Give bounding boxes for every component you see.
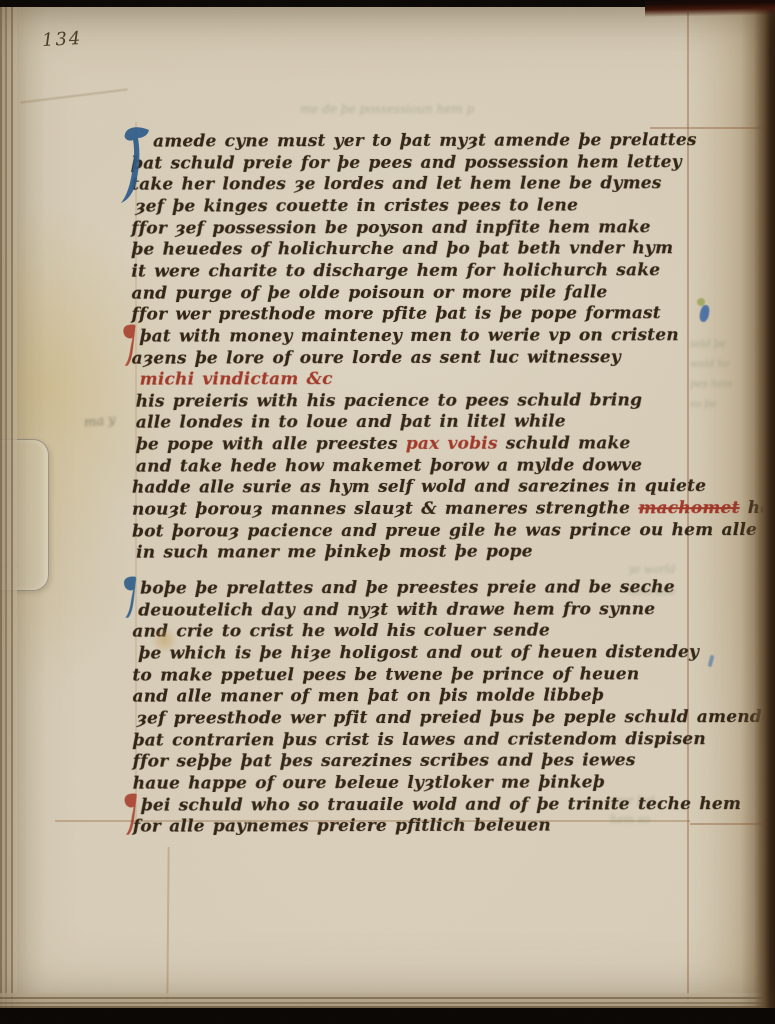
verse-text: and crie to crist he wold his coluer sen… bbox=[132, 621, 550, 642]
verse-text: þe which is þe hiȝe holigost and out of … bbox=[138, 642, 699, 663]
manuscript-line: ffor wer presthode more pfite þat is þe … bbox=[131, 303, 660, 325]
manuscript-line: deuoutelich day and nyȝt with drawe hem … bbox=[138, 599, 655, 621]
verse-text: deuoutelich day and nyȝt with drawe hem … bbox=[138, 599, 655, 620]
verse-text: schuld make bbox=[498, 433, 631, 453]
parchment-page: 134 me de þe possessioun hem p seid þe w… bbox=[0, 7, 775, 1008]
verse-text: his preieris with his pacience to pees s… bbox=[136, 390, 642, 411]
page-fold-right bbox=[741, 7, 775, 1008]
manuscript-line: and take hede how makemet þorow a mylde … bbox=[136, 455, 642, 477]
verse-text: ȝef preesthode wer pfit and preied þus þ… bbox=[137, 707, 773, 729]
verse-text: hadde alle surie as hym self wold and sa… bbox=[132, 477, 706, 499]
blue-flourished-initial bbox=[121, 125, 151, 211]
manuscript-line: ȝef þe kinges couette in cristes pees to… bbox=[135, 195, 578, 217]
verse-text: þe pope with alle preestes bbox=[136, 434, 406, 455]
manuscript-line: his preieris with his pacience to pees s… bbox=[136, 390, 642, 412]
verse-text: haue happe of oure beleue lyȝtloker me þ… bbox=[133, 772, 605, 793]
manuscript-line: hadde alle surie as hym self wold and sa… bbox=[132, 477, 706, 500]
verse-text: boþe þe prelattes and þe preestes preie … bbox=[140, 577, 675, 598]
manuscript-line: to make ppetuel pees be twene þe prince … bbox=[132, 664, 639, 686]
blue-paraph-mark bbox=[122, 575, 137, 625]
binding-top-right bbox=[645, 0, 775, 17]
rubricated-text: michi vindictam &c bbox=[140, 369, 333, 390]
manuscript-line: ȝef preesthode wer pfit and preied þus þ… bbox=[137, 707, 773, 730]
manuscript-line: þei schuld who so trauaile wold and of þ… bbox=[141, 794, 741, 817]
verse-text: þei schuld who so trauaile wold and of þ… bbox=[141, 794, 741, 816]
manuscript-line: and crie to crist he wold his coluer sen… bbox=[132, 621, 550, 643]
manuscript-line: michi vindictam &c bbox=[140, 369, 333, 391]
manuscript-line: boþe þe prelattes and þe preestes preie … bbox=[140, 577, 675, 599]
manuscript-line: haue happe of oure beleue lyȝtloker me þ… bbox=[133, 772, 605, 794]
verse-text: and take hede how makemet þorow a mylde … bbox=[136, 455, 642, 476]
verse-text: alle londes in to loue and þat in litel … bbox=[136, 412, 566, 433]
manuscript-line: and purge of þe olde poisoun or more pil… bbox=[131, 282, 607, 304]
manuscript-line: þe which is þe hiȝe holigost and out of … bbox=[138, 642, 699, 664]
text-block: amede cyne must yer to þat myȝt amende þ… bbox=[0, 6, 775, 1009]
verse-text: bot þorouȝ pacience and preue gile he wa… bbox=[132, 520, 757, 542]
stacked-page-edges-left bbox=[0, 7, 17, 1008]
manuscript-line: þat with money mainteney men to werie vp… bbox=[140, 325, 679, 347]
verse-text: in such maner me þinkeþ most þe pope bbox=[136, 542, 533, 563]
verse-text: it were charite to discharge hem for hol… bbox=[131, 260, 660, 281]
manuscript-line: and alle maner of men þat on þis molde l… bbox=[132, 686, 604, 708]
verse-text: þe heuedes of holichurche and þo þat bet… bbox=[131, 239, 673, 260]
verse-text: to make ppetuel pees be twene þe prince … bbox=[132, 664, 639, 685]
verse-text: amede cyne must yer to þat myȝt amende þ… bbox=[153, 130, 697, 151]
manuscript-line: amede cyne must yer to þat myȝt amende þ… bbox=[153, 130, 697, 152]
verse-text: and purge of þe olde poisoun or more pil… bbox=[131, 282, 607, 303]
verse-text: aȝens þe lore of oure lorde as sent luc … bbox=[132, 347, 621, 368]
manuscript-line: ffor seþþe þat þes sarezines scribes and… bbox=[133, 751, 636, 773]
verse-text: þat schuld preie for þe pees and possess… bbox=[131, 152, 682, 173]
manuscript-line: in such maner me þinkeþ most þe pope bbox=[136, 542, 533, 564]
stacked-page-edges-bottom bbox=[0, 993, 775, 1008]
verse-text: nouȝt þorouȝ mannes slauȝt & maneres str… bbox=[132, 498, 638, 519]
verse-text: for alle paynemes preiere pfitlich beleu… bbox=[133, 816, 551, 837]
round-stain bbox=[151, 628, 178, 652]
manuscript-line: take her londes ȝe lordes and let hem le… bbox=[131, 174, 661, 196]
manuscript-line: ffor ȝef possession be poyson and inpfit… bbox=[131, 217, 651, 239]
verse-text: þat contrarien þus crist is lawes and cr… bbox=[133, 729, 706, 751]
manuscript-line: þat schuld preie for þe pees and possess… bbox=[131, 152, 682, 174]
rubricated-text: pax vobis bbox=[406, 434, 498, 454]
manuscript-line: it were charite to discharge hem for hol… bbox=[131, 260, 660, 282]
manuscript-line: þe heuedes of holichurche and þo þat bet… bbox=[131, 239, 673, 261]
manuscript-line: alle londes in to loue and þat in litel … bbox=[136, 412, 566, 434]
manuscript-line: þat contrarien þus crist is lawes and cr… bbox=[133, 729, 706, 752]
verse-text: ȝef þe kinges couette in cristes pees to… bbox=[135, 195, 578, 216]
manuscript-photo: 134 me de þe possessioun hem p seid þe w… bbox=[0, 0, 775, 1024]
manuscript-line: bot þorouȝ pacience and preue gile he wa… bbox=[132, 520, 757, 543]
verse-text: take her londes ȝe lordes and let hem le… bbox=[131, 174, 661, 195]
verse-text: ffor ȝef possession be poyson and inpfit… bbox=[131, 217, 651, 238]
manuscript-line: aȝens þe lore of oure lorde as sent luc … bbox=[132, 347, 621, 369]
manuscript-line: þe pope with alle preestes pax vobis sch… bbox=[136, 433, 631, 455]
verse-text: and alle maner of men þat on þis molde l… bbox=[132, 686, 604, 707]
manuscript-line: for alle paynemes preiere pfitlich beleu… bbox=[133, 816, 551, 838]
verse-text: ffor seþþe þat þes sarezines scribes and… bbox=[133, 751, 636, 772]
verse-text: ffor wer presthode more pfite þat is þe … bbox=[131, 303, 660, 324]
rubricated-text: machomet bbox=[638, 498, 739, 518]
verse-text: þat with money mainteney men to werie vp… bbox=[140, 325, 679, 346]
manuscript-line: nouȝt þorouȝ mannes slauȝt & maneres str… bbox=[132, 498, 775, 521]
